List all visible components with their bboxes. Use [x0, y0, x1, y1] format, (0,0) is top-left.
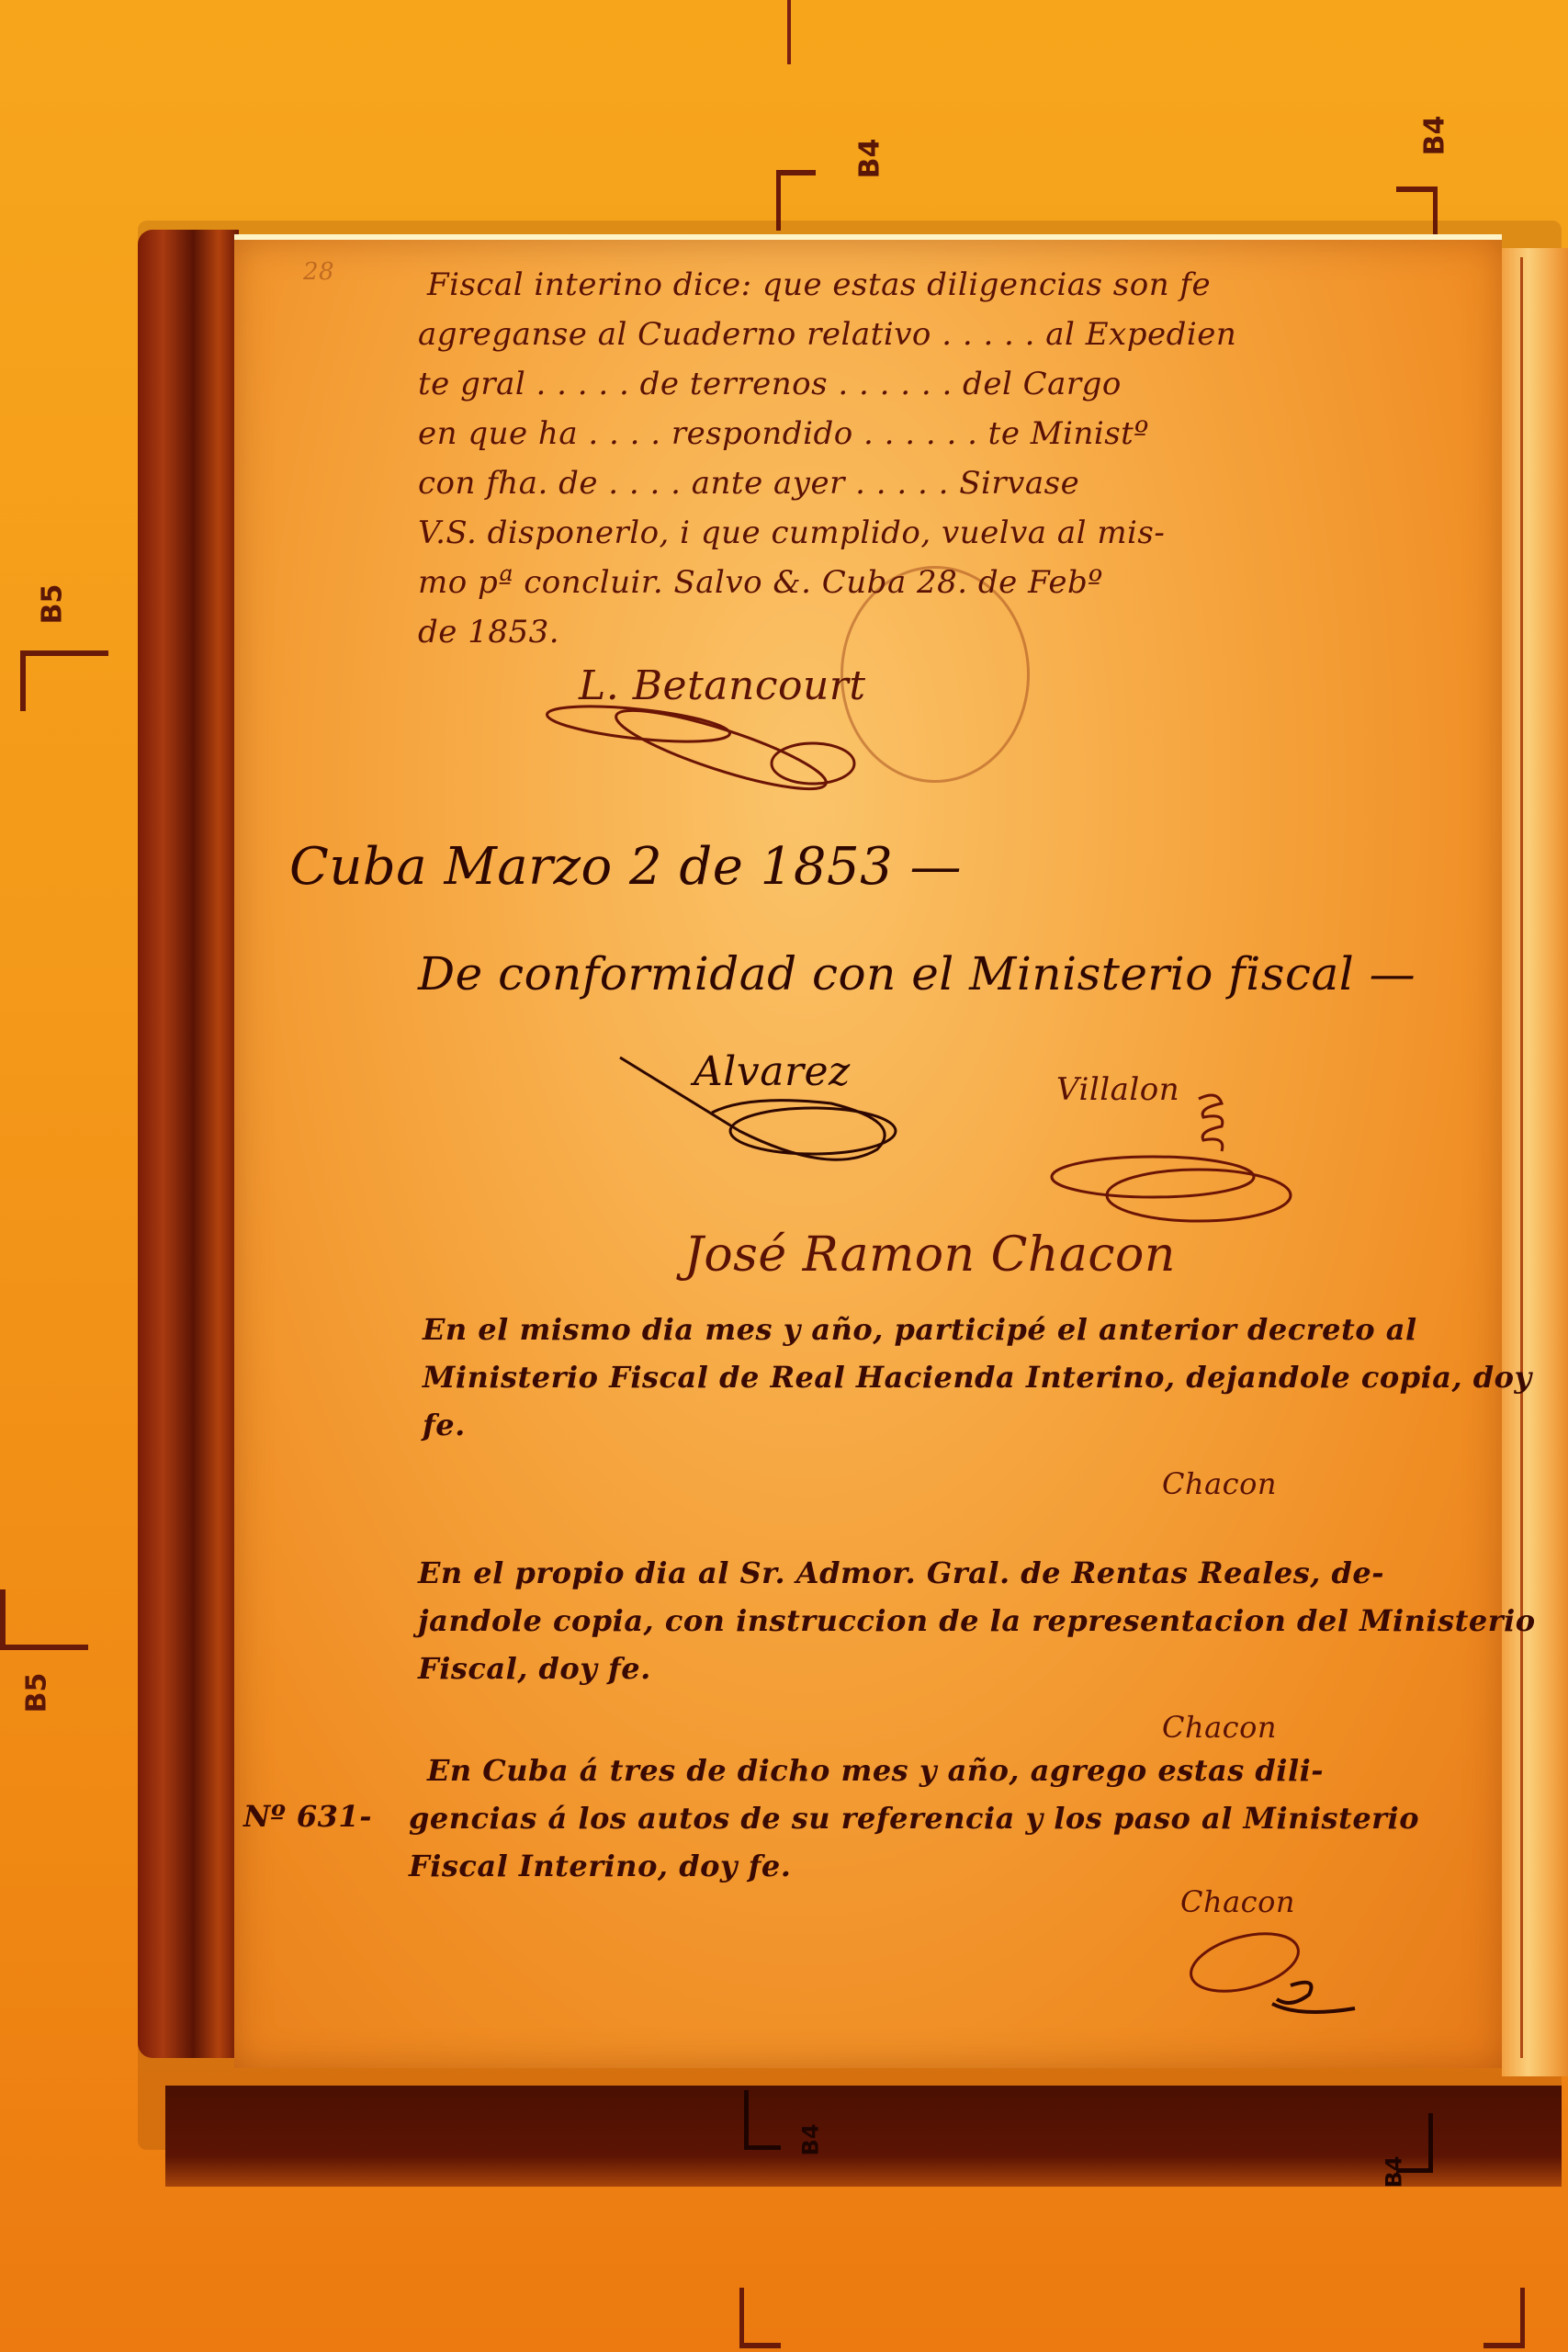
decree-date: Cuba Marzo 2 de 1853 — [289, 837, 962, 897]
rubric-chacon-3: Chacon [1180, 1884, 1295, 1919]
crop-marker-shadow-left [744, 2090, 781, 2150]
decree-text: De conformidad con el Ministerio fiscal … [418, 947, 1416, 1001]
text-line: con fha. de . . . . ante ayer . . . . . … [418, 458, 1236, 508]
crop-marker-bottom-left [739, 2288, 781, 2348]
book-spine [138, 230, 239, 2058]
marker-label-bottom-left: B4 [798, 2124, 824, 2156]
text-line: En Cuba á tres de dicho mes y año, agreg… [427, 1747, 1438, 1794]
signature-betancourt: L. Betancourt [579, 662, 866, 709]
signature-flourish-icon [602, 1048, 914, 1177]
text-line: En el mismo dia mes y año, participé el … [423, 1306, 1532, 1353]
text-line: V.S. disponerlo, i que cumplido, vuelva … [418, 508, 1236, 558]
manuscript-page: 28 Fiscal interino dice: que estas dilig… [234, 234, 1502, 2068]
rubric-flourish-icon [1180, 1921, 1364, 2022]
adjacent-page-edge [1502, 248, 1568, 2076]
margin-note-number: Nº 631- [243, 1792, 372, 1840]
crop-marker-left-upper [20, 650, 108, 711]
text-line: jandole copia, con instruccion de la rep… [418, 1597, 1536, 1645]
text-line: te gral . . . . . de terrenos . . . . . … [418, 359, 1236, 409]
marker-label-left-upper: B5 [36, 584, 68, 625]
faded-page-number: 28 [303, 258, 334, 286]
marker-label-top-right: B4 [1418, 116, 1450, 156]
text-line: Fiscal, doy fe. [418, 1645, 1536, 1692]
signature-flourish-icon [1043, 1080, 1300, 1227]
marker-label-left-lower: B5 [20, 1673, 52, 1713]
signature-jose-ramon-chacon: José Ramon Chacon [684, 1227, 1176, 1283]
top-register-line [787, 0, 791, 64]
text-line: de 1853. [418, 607, 1236, 657]
text-line: gencias á los autos de su referencia y l… [409, 1794, 1419, 1842]
signature-flourish-icon [537, 704, 868, 805]
text-line: en que ha . . . . respondido . . . . . .… [418, 409, 1236, 458]
text-line: En el propio dia al Sr. Admor. Gral. de … [418, 1549, 1536, 1597]
text-line: fe. [423, 1401, 1532, 1449]
marker-label-top-left: B4 [853, 139, 886, 179]
opening-text-block: Fiscal interino dice: que estas diligenc… [427, 260, 1246, 657]
paragraph-agrego-diligencias: En Cuba á tres de dicho mes y año, agreg… [409, 1747, 1419, 1890]
crop-marker-bottom-right [1483, 2288, 1525, 2348]
text-line: Fiscal interino dice: que estas diligenc… [427, 260, 1246, 310]
rubric-chacon-2: Chacon [1162, 1710, 1277, 1745]
crop-marker-left-lower [0, 1589, 88, 1650]
paragraph-notification-fiscal: En el mismo dia mes y año, participé el … [423, 1306, 1532, 1449]
marker-label-bottom-right: B4 [1382, 2156, 1407, 2188]
text-line: agreganse al Cuaderno relativo . . . . .… [418, 310, 1236, 359]
page-bottom-shadow: B4 B4 [165, 2086, 1562, 2187]
rubric-chacon-1: Chacon [1162, 1466, 1277, 1501]
text-line: Fiscal Interino, doy fe. [409, 1842, 1419, 1890]
text-line: Ministerio Fiscal de Real Hacienda Inter… [423, 1353, 1532, 1401]
paragraph-notification-rentas: En el propio dia al Sr. Admor. Gral. de … [418, 1549, 1536, 1692]
text-line: mo pª concluir. Salvo &. Cuba 28. de Feb… [418, 558, 1236, 607]
